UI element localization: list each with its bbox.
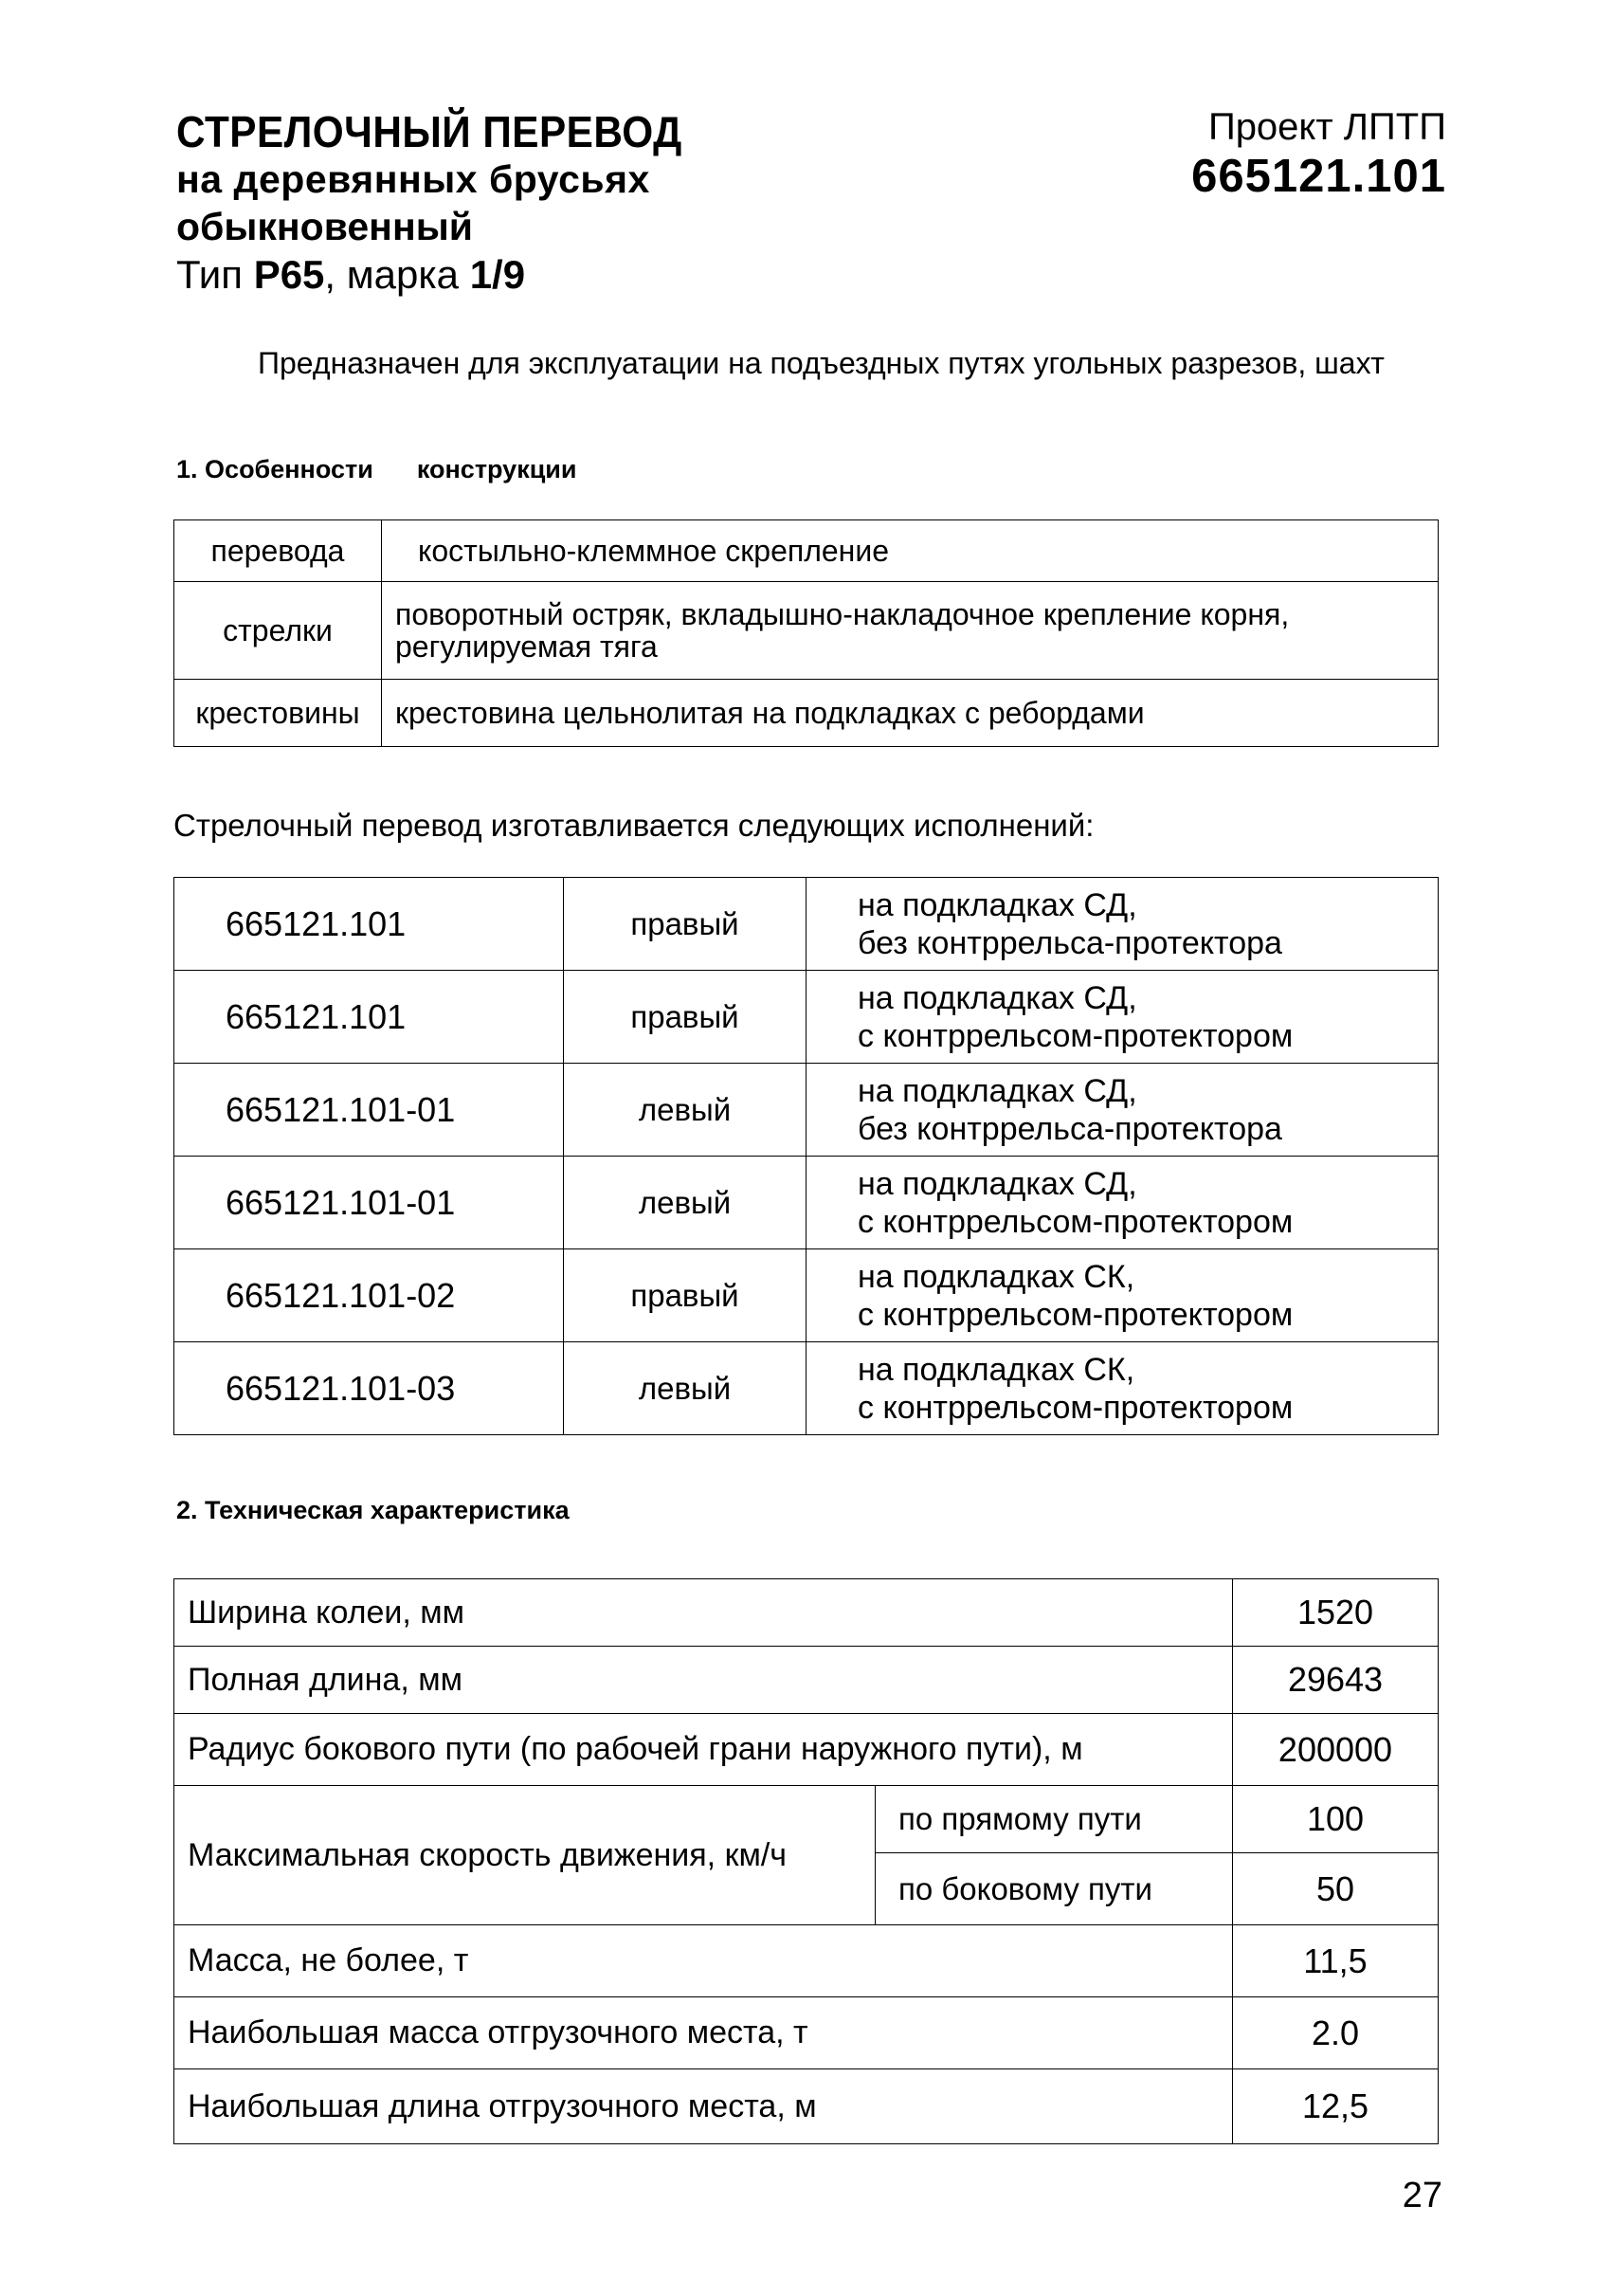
variant-pads: на подкладках СК, [858, 1258, 1438, 1296]
variant-pads: на подкладках СД, [858, 979, 1438, 1017]
table-row: Масса, не более, т 11,5 [174, 1925, 1439, 1997]
type-and-mark: Тип Р65, марка 1/9 [176, 252, 525, 298]
project-label: Проект ЛПТП [1208, 106, 1446, 149]
spec-value-ship-mass: 2.0 [1233, 1997, 1439, 2069]
variant-description: на подкладках СД,с контррельсом-протекто… [806, 971, 1439, 1064]
table-row: Радиус бокового пути (по рабочей грани н… [174, 1714, 1439, 1786]
spec-label-mass: Масса, не более, т [174, 1925, 1233, 1997]
section-1-heading: 1. Особенностиконструкции [176, 455, 577, 484]
variant-guard: без контррельса-протектора [858, 924, 1438, 962]
variant-code: 665121.101-01 [174, 1064, 564, 1157]
variant-pads: на подкладках СД, [858, 1165, 1438, 1203]
variant-code: 665121.101 [174, 971, 564, 1064]
table-row: 665121.101 правый на подкладках СД,с кон… [174, 971, 1439, 1064]
variant-guard: с контррельсом-протектором [858, 1389, 1438, 1427]
feature-key: перевода [174, 520, 382, 582]
variant-side: левый [564, 1342, 806, 1435]
table-row: стрелки поворотный остряк, вкладышно-нак… [174, 582, 1439, 680]
spec-label-ship-length: Наибольшая длина отгрузочного места, м [174, 2069, 1233, 2144]
table-row: Ширина колеи, мм 1520 [174, 1579, 1439, 1647]
rail-type: Р65 [254, 252, 325, 297]
variant-code: 665121.101-03 [174, 1342, 564, 1435]
table-row: 665121.101-03 левый на подкладках СК,с к… [174, 1342, 1439, 1435]
technical-specs-table: Ширина колеи, мм 1520 Полная длина, мм 2… [173, 1578, 1439, 2144]
variant-code: 665121.101-01 [174, 1157, 564, 1249]
spec-label-ship-mass: Наибольшая масса отгрузочного места, т [174, 1997, 1233, 2069]
table-row: Полная длина, мм 29643 [174, 1647, 1439, 1714]
spec-value-length: 29643 [1233, 1647, 1439, 1714]
spec-label-speed: Максимальная скорость движения, км/ч [174, 1786, 876, 1925]
variant-description: на подкладках СД,с контррельсом-протекто… [806, 1157, 1439, 1249]
table-row: крестовины крестовина цельнолитая на под… [174, 680, 1439, 747]
table-row: перевода костыльно-клеммное скрепление [174, 520, 1439, 582]
purpose-paragraph: Предназначен для эксплуатации на подъезд… [176, 343, 1408, 383]
variant-guard: с контррельсом-протектором [858, 1017, 1438, 1055]
spec-value-ship-length: 12,5 [1233, 2069, 1439, 2144]
construction-features-table: перевода костыльно-клеммное скрепление с… [173, 519, 1439, 747]
table-row: 665121.101-01 левый на подкладках СД,с к… [174, 1157, 1439, 1249]
section-1-word1: Особенности [205, 455, 373, 483]
feature-value: поворотный остряк, вкладышно-накладочное… [382, 582, 1439, 680]
variant-code: 665121.101 [174, 878, 564, 971]
spec-value-mass: 11,5 [1233, 1925, 1439, 1997]
type-prefix: Тип [176, 252, 254, 297]
table-row: Наибольшая длина отгрузочного места, м 1… [174, 2069, 1439, 2144]
variant-description: на подкладках СД,без контррельса-протект… [806, 878, 1439, 971]
feature-value: крестовина цельнолитая на подкладках с р… [382, 680, 1439, 747]
spec-value-radius: 200000 [1233, 1714, 1439, 1786]
variant-description: на подкладках СК,с контррельсом-протекто… [806, 1342, 1439, 1435]
spec-sublabel-straight: по прямому пути [876, 1786, 1233, 1853]
project-number: 665121.101 [1191, 150, 1446, 203]
variant-description: на подкладках СК,с контррельсом-протекто… [806, 1249, 1439, 1342]
variant-side: правый [564, 971, 806, 1064]
table-row: 665121.101 правый на подкладках СД,без к… [174, 878, 1439, 971]
variant-side: правый [564, 1249, 806, 1342]
spec-label-radius: Радиус бокового пути (по рабочей грани н… [174, 1714, 1233, 1786]
mark-prefix: , марка [324, 252, 469, 297]
spec-label-gauge: Ширина колеи, мм [174, 1579, 1233, 1647]
section-1-word2: конструкции [417, 455, 577, 483]
table-row: 665121.101-01 левый на подкладках СД,без… [174, 1064, 1439, 1157]
table-row: Наибольшая масса отгрузочного места, т 2… [174, 1997, 1439, 2069]
variant-guard: без контррельса-протектора [858, 1110, 1438, 1148]
page-number: 27 [1403, 2176, 1442, 2216]
variant-side: левый [564, 1064, 806, 1157]
variant-side: правый [564, 878, 806, 971]
section-2-heading: 2. Техническая характеристика [176, 1496, 570, 1525]
purpose-text: Предназначен для эксплуатации на подъезд… [258, 346, 1385, 380]
feature-key: стрелки [174, 582, 382, 680]
title-subline-kind: обыкновенный [176, 205, 473, 249]
spec-value-speed-side: 50 [1233, 1853, 1439, 1925]
variant-guard: с контррельсом-протектором [858, 1203, 1438, 1241]
variant-pads: на подкладках СД, [858, 1072, 1438, 1110]
table-row: 665121.101-02 правый на подкладках СК,с … [174, 1249, 1439, 1342]
spec-value-speed-straight: 100 [1233, 1786, 1439, 1853]
section-1-number: 1. [176, 455, 198, 483]
variant-pads: на подкладках СД, [858, 886, 1438, 924]
document-title: СТРЕЛОЧНЫЙ ПЕРЕВОД [176, 106, 682, 157]
feature-value: костыльно-клеммное скрепление [382, 520, 1439, 582]
variant-guard: с контррельсом-протектором [858, 1296, 1438, 1334]
title-subline-sleepers: на деревянных брусьях [176, 157, 650, 202]
mark-value: 1/9 [470, 252, 525, 297]
table-row: Максимальная скорость движения, км/ч по … [174, 1786, 1439, 1853]
variants-intro: Стрелочный перевод изготавливается следу… [173, 808, 1094, 844]
spec-label-length: Полная длина, мм [174, 1647, 1233, 1714]
spec-sublabel-side: по боковому пути [876, 1853, 1233, 1925]
variants-table: 665121.101 правый на подкладках СД,без к… [173, 877, 1439, 1435]
variant-code: 665121.101-02 [174, 1249, 564, 1342]
feature-key: крестовины [174, 680, 382, 747]
variant-side: левый [564, 1157, 806, 1249]
spec-value-gauge: 1520 [1233, 1579, 1439, 1647]
variant-pads: на подкладках СК, [858, 1351, 1438, 1389]
variant-description: на подкладках СД,без контррельса-протект… [806, 1064, 1439, 1157]
